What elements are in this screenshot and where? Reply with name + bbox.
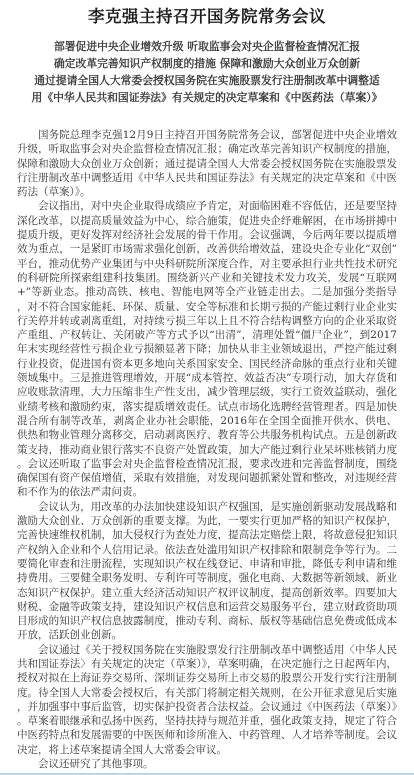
subtitle-line-3: 通过提请全国人大常委会授权国务院在实施股票发行注册制改革中调整适 (17, 72, 397, 89)
body-paragraph-4: 会议通过《关于授权国务院在实施股票发行注册制改革中调整适用〈中华人民共和国证券法… (17, 643, 397, 757)
body-paragraph-3: 会议认为，用改革的办法加快建设知识产权强国，是实施创新驱动发展战略和激励大众创业… (17, 500, 397, 643)
article-title: 李克强主持召开国务院常务会议 (17, 6, 397, 28)
body-paragraph-5: 会议还研究了其他事项。 (17, 757, 397, 771)
subtitle-line-2: 确定改革完善知识产权制度的措施 保障和激励大众创业万众创新 (17, 55, 397, 72)
subtitle-line-1: 部署促进中央企业增效升级 听取监事会对央企监督检查情况汇报 (17, 38, 397, 55)
article: 李克强主持召开国务院常务会议 部署促进中央企业增效升级 听取监事会对央企监督检查… (0, 0, 414, 771)
article-body: 国务院总理李克强12月9日主持召开国务院常务会议，部署促进中央企业增效升级，听取… (17, 128, 397, 771)
body-paragraph-1: 国务院总理李克强12月9日主持召开国务院常务会议，部署促进中央企业增效升级，听取… (17, 128, 397, 199)
subtitle-line-4: 用《中华人民共和国证券法》有关规定的决定草案和《中医药法（草案）》 (17, 89, 397, 106)
subtitle-block: 部署促进中央企业增效升级 听取监事会对央企监督检查情况汇报 确定改革完善知识产权… (17, 38, 397, 106)
body-paragraph-2: 会议指出，对中央企业取得成绩应予肯定，对面临困难不容低估，还是要坚持深化改革，以… (17, 199, 397, 499)
